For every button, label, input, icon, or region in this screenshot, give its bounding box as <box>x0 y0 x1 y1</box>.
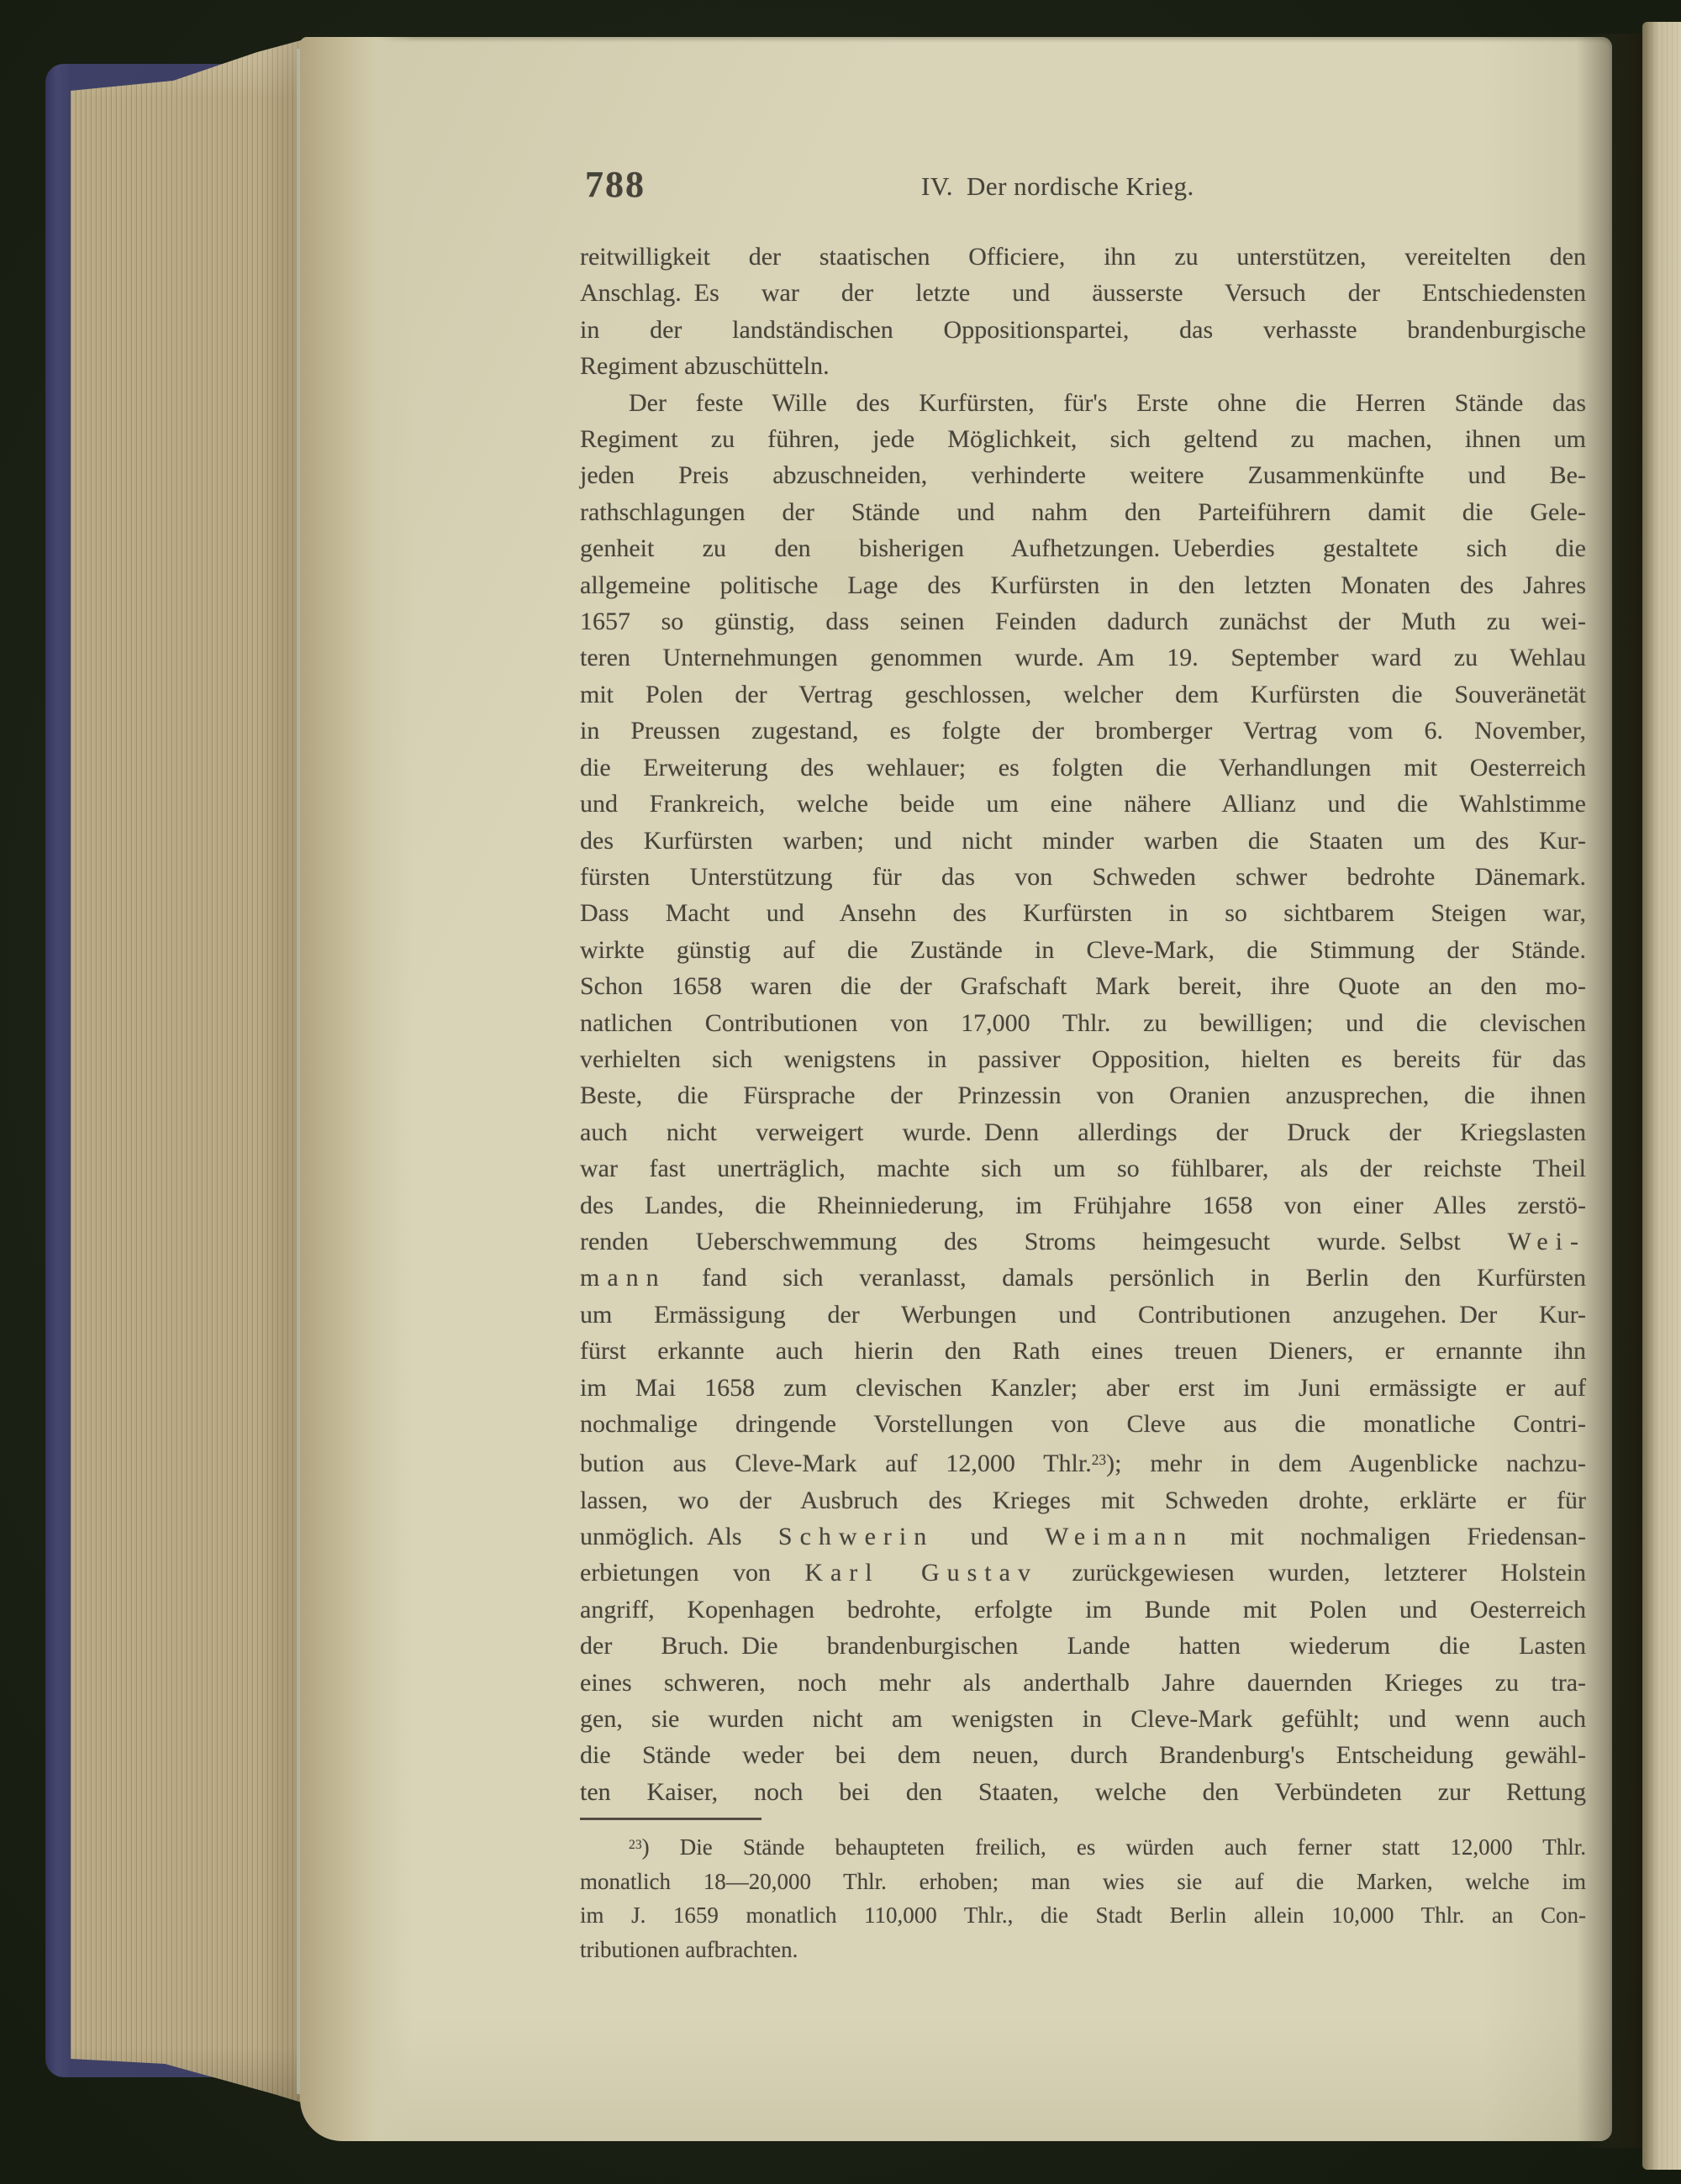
footnote-separator <box>580 1818 761 1820</box>
text-segment: Weimann <box>1045 1523 1194 1550</box>
text-segment: ten Kaiser, noch bei den Staaten, welche… <box>580 1778 1586 1806</box>
text-segment: bution aus Cleve-Mark auf 12,000 Thlr. <box>580 1450 1092 1477</box>
text-segment: verhielten sich wenigstens in passiver O… <box>580 1045 1586 1073</box>
text-segment: gen, sie wurden nicht am wenigsten in Cl… <box>580 1705 1586 1733</box>
footnote-marker: 23 <box>629 1838 642 1852</box>
text-segment: um Ermässigung der Werbungen und Contrib… <box>580 1301 1586 1329</box>
text-segment: und <box>934 1523 1045 1550</box>
text-line: nochmalige dringende Vorstellungen von C… <box>580 1406 1586 1442</box>
text-segment: fand sich veranlasst, damals persönlich … <box>667 1264 1586 1292</box>
text-segment: im J. 1659 monatlich 110,000 Thlr., die … <box>580 1902 1586 1928</box>
text-line: in Preussen zugestand, es folgte der bro… <box>580 713 1586 749</box>
text-line: des Landes, die Rheinniederung, im Frühj… <box>580 1187 1586 1224</box>
text-segment: natlichen Contributionen von 17,000 Thlr… <box>580 1009 1586 1037</box>
text-segment: allgemeine politische Lage des Kurfürste… <box>580 571 1586 599</box>
text-segment: Regiment zu führen, jede Möglichkeit, si… <box>580 425 1586 453</box>
text-segment: zurückgewiesen wurden, letzterer Holstei… <box>1038 1559 1586 1587</box>
text-line: Dass Macht und Ansehn des Kurfürsten in … <box>580 895 1586 931</box>
text-line: eines schweren, noch mehr als anderthalb… <box>580 1665 1586 1701</box>
page-number: 788 <box>585 163 646 206</box>
text-segment: war fast unerträglich, machte sich um so… <box>580 1155 1586 1182</box>
page-block-fore-edge <box>64 37 313 2109</box>
text-line: Beste, die Fürsprache der Prinzessin von… <box>580 1077 1586 1113</box>
text-segment: des Kurfürsten warben; und nicht minder … <box>580 827 1586 855</box>
text-segment: Schon 1658 waren die der Grafschaft Mark… <box>580 972 1586 1000</box>
text-line: war fast unerträglich, machte sich um so… <box>580 1150 1586 1187</box>
text-line: bution aus Cleve-Mark auf 12,000 Thlr.23… <box>580 1442 1586 1481</box>
text-segment: ); mehr in dem Augenblicke nachzu- <box>1106 1450 1586 1477</box>
text-segment: angriff, Kopenhagen bedrohte, erfolgte i… <box>580 1596 1586 1624</box>
text-line: jeden Preis abzuschneiden, verhinderte w… <box>580 457 1586 493</box>
text-segment: mit Polen der Vertrag geschlossen, welch… <box>580 681 1586 708</box>
text-segment: die Erweiterung des wehlauer; es folgten… <box>580 754 1586 782</box>
text-line: teren Unternehmungen genommen wurde. Am … <box>580 639 1586 676</box>
text-segment: des Landes, die Rheinniederung, im Frühj… <box>580 1192 1586 1219</box>
text-segment: fürst erkannte auch hierin den Rath eine… <box>580 1337 1586 1365</box>
text-line: unmöglich. Als Schwerin und Weimann mit … <box>580 1518 1586 1555</box>
text-segment: Regiment abzuschütteln. <box>580 352 830 380</box>
text-line: und Frankreich, welche beide um eine näh… <box>580 786 1586 822</box>
text-segment: Anschlag. Es war der letzte und äusserst… <box>580 279 1586 307</box>
text-line: reitwilligkeit der staatischen Officiere… <box>580 239 1586 275</box>
text-line: Schon 1658 waren die der Grafschaft Mark… <box>580 968 1586 1004</box>
spine-fold-shadow <box>1577 34 1647 2148</box>
text-line: fürsten Unterstützung für das von Schwed… <box>580 859 1586 895</box>
text-segment: Wei- <box>1507 1228 1586 1255</box>
text-segment: Schwerin <box>778 1523 934 1550</box>
text-segment: erbietungen von <box>580 1559 804 1587</box>
text-segment: eines schweren, noch mehr als anderthalb… <box>580 1669 1586 1697</box>
facing-page-edge <box>1642 22 1681 2170</box>
text-line: Regiment abzuschütteln. <box>580 348 1586 384</box>
text-line: 23) Die Stände behaupteten freilich, es … <box>580 1829 1586 1865</box>
text-segment: Karl Gustav <box>804 1559 1038 1587</box>
text-segment: der Bruch. Die brandenburgischen Lande h… <box>580 1632 1586 1660</box>
text-line: ten Kaiser, noch bei den Staaten, welche… <box>580 1774 1586 1810</box>
text-line: die Stände weder bei dem neuen, durch Br… <box>580 1737 1586 1773</box>
text-line: tributionen aufbrachten. <box>580 1933 1586 1967</box>
text-line: im Mai 1658 zum clevischen Kanzler; aber… <box>580 1370 1586 1406</box>
text-segment: genheit zu den bisherigen Aufhetzungen. … <box>580 534 1586 562</box>
text-segment: auch nicht verweigert wurde. Denn allerd… <box>580 1118 1586 1146</box>
text-line: angriff, Kopenhagen bedrohte, erfolgte i… <box>580 1592 1586 1628</box>
text-segment: lassen, wo der Ausbruch des Krieges mit … <box>580 1487 1586 1514</box>
text-line: 1657 so günstig, dass seinen Feinden dad… <box>580 603 1586 639</box>
text-segment: wirkte günstig auf die Zustände in Cleve… <box>580 936 1586 964</box>
text-segment: reitwilligkeit der staatischen Officiere… <box>580 243 1586 271</box>
text-line: lassen, wo der Ausbruch des Krieges mit … <box>580 1482 1586 1518</box>
text-line: Regiment zu führen, jede Möglichkeit, si… <box>580 421 1586 457</box>
text-line: natlichen Contributionen von 17,000 Thlr… <box>580 1005 1586 1041</box>
text-line: auch nicht verweigert wurde. Denn allerd… <box>580 1114 1586 1150</box>
text-segment: Der feste Wille des Kurfürsten, für's Er… <box>629 389 1586 417</box>
text-segment: im Mai 1658 zum clevischen Kanzler; aber… <box>580 1374 1586 1402</box>
text-segment: unmöglich. Als <box>580 1523 778 1550</box>
text-line: wirkte günstig auf die Zustände in Cleve… <box>580 932 1586 968</box>
text-segment: monatlich 18—20,000 Thlr. erhoben; man w… <box>580 1869 1586 1894</box>
text-line: mann fand sich veranlasst, damals persön… <box>580 1260 1586 1296</box>
text-segment: teren Unternehmungen genommen wurde. Am … <box>580 644 1586 671</box>
text-line: in der landständischen Oppositionspartei… <box>580 312 1586 348</box>
text-line: gen, sie wurden nicht am wenigsten in Cl… <box>580 1701 1586 1737</box>
text-segment: tributionen aufbrachten. <box>580 1937 798 1962</box>
text-line: um Ermässigung der Werbungen und Contrib… <box>580 1297 1586 1333</box>
footnote-marker: 23 <box>1092 1451 1106 1468</box>
text-line: renden Ueberschwemmung des Stroms heimge… <box>580 1224 1586 1260</box>
text-segment: die Stände weder bei dem neuen, durch Br… <box>580 1741 1586 1769</box>
text-line: monatlich 18—20,000 Thlr. erhoben; man w… <box>580 1865 1586 1899</box>
text-line: der Bruch. Die brandenburgischen Lande h… <box>580 1628 1586 1664</box>
text-line: die Erweiterung des wehlauer; es folgten… <box>580 750 1586 786</box>
book-scan: 788 IV. Der nordische Krieg. reitwilligk… <box>0 0 1681 2184</box>
text-segment: und Frankreich, welche beide um eine näh… <box>580 790 1586 818</box>
text-line: im J. 1659 monatlich 110,000 Thlr., die … <box>580 1898 1586 1933</box>
text-segment: rathschlagungen der Stände und nahm den … <box>580 498 1586 526</box>
text-segment: 1657 so günstig, dass seinen Feinden dad… <box>580 608 1586 635</box>
text-line: Der feste Wille des Kurfürsten, für's Er… <box>580 385 1586 421</box>
text-line: rathschlagungen der Stände und nahm den … <box>580 494 1586 530</box>
text-line: verhielten sich wenigstens in passiver O… <box>580 1041 1586 1077</box>
text-segment: Dass Macht und Ansehn des Kurfürsten in … <box>580 899 1586 927</box>
text-segment: nochmalige dringende Vorstellungen von C… <box>580 1410 1586 1438</box>
text-segment: renden Ueberschwemmung des Stroms heimge… <box>580 1228 1507 1255</box>
text-line: allgemeine politische Lage des Kurfürste… <box>580 567 1586 603</box>
body-text: reitwilligkeit der staatischen Officiere… <box>580 239 1586 1810</box>
text-segment: mann <box>580 1264 667 1292</box>
running-header: IV. Der nordische Krieg. <box>921 171 1194 202</box>
text-segment: fürsten Unterstützung für das von Schwed… <box>580 863 1586 891</box>
text-segment: jeden Preis abzuschneiden, verhinderte w… <box>580 461 1586 489</box>
text-line: mit Polen der Vertrag geschlossen, welch… <box>580 676 1586 713</box>
text-line: fürst erkannte auch hierin den Rath eine… <box>580 1333 1586 1369</box>
text-line: genheit zu den bisherigen Aufhetzungen. … <box>580 530 1586 566</box>
footnote-text: 23) Die Stände behaupteten freilich, es … <box>580 1829 1586 1966</box>
text-segment: ) Die Stände behaupteten freilich, es wü… <box>642 1834 1586 1860</box>
text-segment: mit nochmaligen Friedensan- <box>1194 1523 1586 1550</box>
text-line: des Kurfürsten warben; und nicht minder … <box>580 823 1586 859</box>
text-segment: Beste, die Fürsprache der Prinzessin von… <box>580 1081 1586 1109</box>
text-segment: in Preussen zugestand, es folgte der bro… <box>580 717 1586 745</box>
text-segment: in der landständischen Oppositionspartei… <box>580 316 1586 344</box>
page-gutter-shading <box>300 37 414 2141</box>
text-line: erbietungen von Karl Gustav zurückgewies… <box>580 1555 1586 1591</box>
text-line: Anschlag. Es war der letzte und äusserst… <box>580 275 1586 311</box>
